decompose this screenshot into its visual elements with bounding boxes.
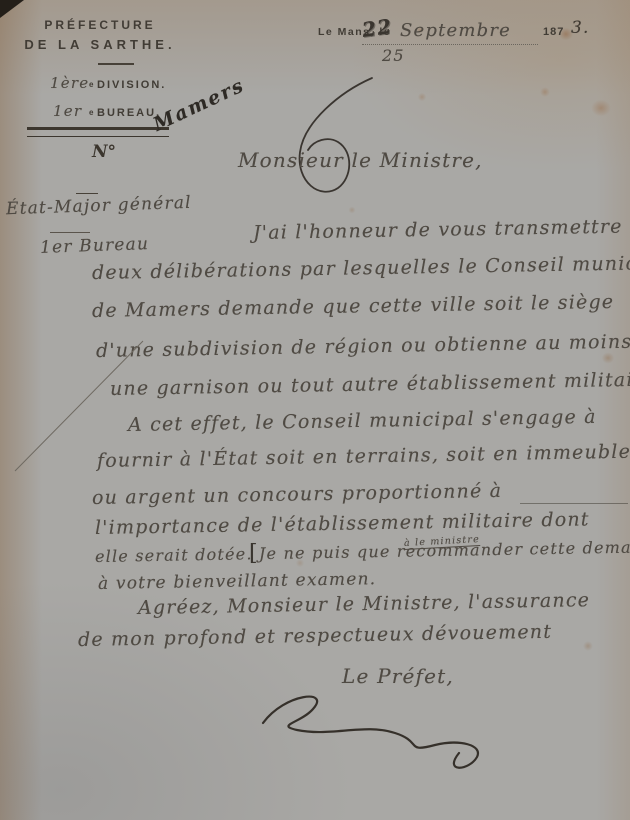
division-ordinal-suffix: e [89, 80, 93, 89]
letterhead-title-line2: DE LA SARTHE. [0, 37, 200, 52]
dateline-day-handwritten: 22 [360, 14, 393, 42]
margin-note-rule [50, 232, 90, 233]
insertion-bracket: [ [249, 541, 259, 566]
bureau-number-handwritten: 1er [53, 102, 82, 120]
numero-label: N° [92, 142, 116, 162]
dateline-day-correction: 25 [382, 46, 405, 65]
division-label: DIVISION. [97, 79, 166, 91]
photographed-letter: PRÉFECTURE DE LA SARTHE. 1ère e DIVISION… [0, 0, 630, 820]
dateline-year-printed: 187 [543, 26, 564, 38]
letterhead-title-line1: PRÉFECTURE [0, 18, 200, 32]
dateline-month-handwritten: Septembre [400, 20, 511, 41]
signature-flourish [245, 685, 535, 775]
dateline-year-handwritten: 3. [571, 18, 590, 38]
dateline-leader [362, 44, 538, 45]
division-number-handwritten: 1ère [50, 74, 89, 92]
bureau-ordinal-suffix: e [89, 108, 93, 117]
margin-bureau-note: 1er Bureau [40, 234, 150, 258]
paraph-flourish [280, 70, 390, 205]
trailing-rule [520, 503, 628, 504]
salutation: Monsieur le Ministre, [238, 148, 483, 172]
letterhead-rule [98, 63, 134, 65]
numero-dash [76, 193, 98, 194]
letterhead-double-rule [27, 127, 169, 137]
